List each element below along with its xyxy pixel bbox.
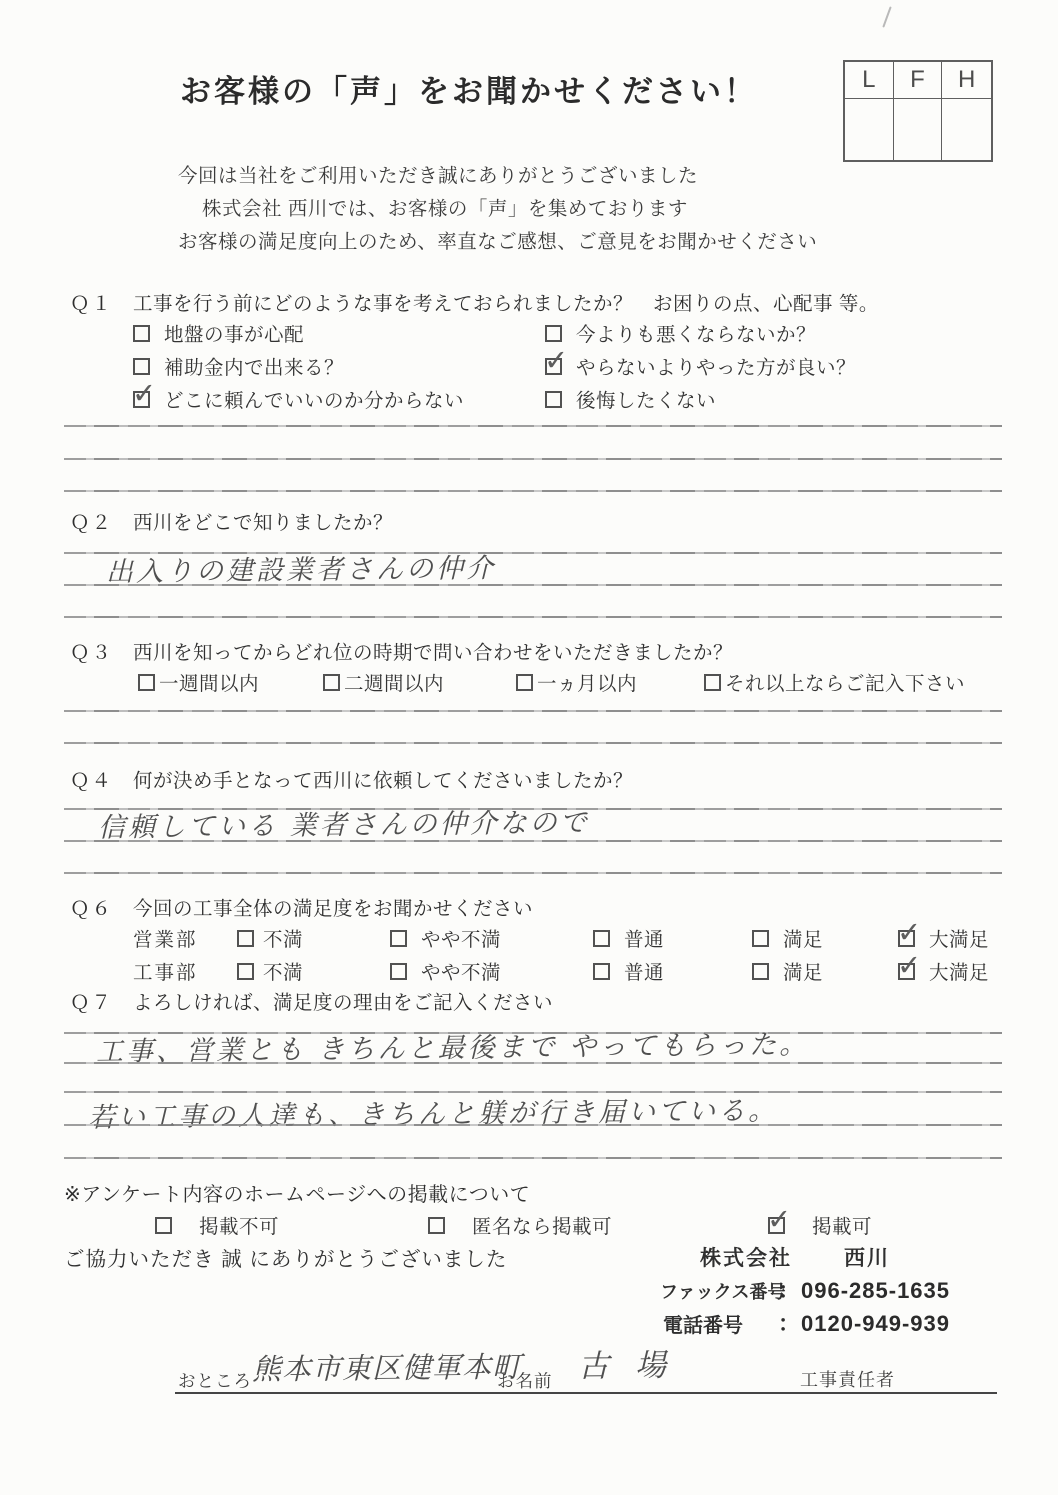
ruled-line (64, 742, 1002, 744)
office-use-cell-l (845, 99, 894, 160)
option-label: 大満足 (929, 957, 989, 985)
q6-sales-futsuu: 普通 (593, 924, 664, 952)
checkbox[interactable] (898, 930, 915, 947)
q6-text: 今回の工事全体の満足度をお聞かせください (133, 893, 533, 921)
q6-const-daimanzoku: 大満足 (898, 957, 989, 985)
name-label: お名前 (497, 1368, 553, 1393)
checkbox[interactable] (155, 1217, 172, 1234)
intro-paragraph: 今回は当社をご利用いただき誠にありがとうございました 株式会社 西川では、お客様… (178, 160, 817, 259)
office-use-box: L F H (843, 60, 993, 162)
option-label: 二週間以内 (344, 668, 444, 696)
q3-option-1month: 一ヵ月以内 (516, 668, 637, 696)
publication-option-no: 掲載不可 (155, 1211, 279, 1239)
company-suffix: 西川 (844, 1242, 890, 1272)
checkbox[interactable] (545, 358, 562, 375)
q6-const-yayafuman: やや不満 (390, 957, 501, 985)
option-label: 大満足 (929, 924, 989, 952)
intro-line-2: 株式会社 西川では、お客様の「声」を集めております (178, 193, 817, 226)
option-label: 一週間以内 (159, 668, 259, 696)
q1-text: 工事を行う前にどのような事を考えておられましたか？ お困りの点、心配事 等。 (133, 288, 879, 316)
q3-option-2weeks: 二週間以内 (323, 668, 444, 696)
option-label: やや不満 (421, 924, 501, 952)
ruled-line (64, 425, 1002, 427)
checkbox[interactable] (898, 963, 915, 980)
office-use-header-l: L (845, 62, 894, 99)
q6-heading: Ｑ６ 今回の工事全体の満足度をお聞かせください (70, 893, 533, 921)
q6-sales-manzoku: 満足 (752, 924, 823, 952)
publication-option-yes: 掲載可 (768, 1211, 872, 1239)
manager-label: 工事責任者 (800, 1366, 895, 1392)
ruled-line (64, 840, 1002, 842)
q4-number: Ｑ４ (70, 765, 133, 793)
checkbox[interactable] (138, 674, 155, 691)
page-title: お客様の「声」をお聞かせください！ (180, 66, 758, 111)
q7-heading: Ｑ７ よろしければ、満足度の理由をご記入ください (70, 987, 553, 1015)
option-label: 普通 (624, 924, 664, 952)
q1-option-waruku: 今よりも悪くならないか？ (545, 319, 816, 347)
checkbox[interactable] (237, 930, 254, 947)
tel-number: ：0120-949-939 (778, 1307, 950, 1338)
option-label: やや不満 (421, 957, 501, 985)
q6-const-fuman: 不満 (237, 957, 303, 985)
q3-text: 西川を知ってからどれ位の時期で問い合わせをいただきましたか？ (133, 637, 733, 665)
office-use-header-h: H (942, 62, 991, 99)
q3-heading: Ｑ３ 西川を知ってからどれ位の時期で問い合わせをいただきましたか？ (70, 637, 733, 665)
q6-const-futsuu: 普通 (593, 957, 664, 985)
thanks-message: ご協力いただき 誠 にありがとうございました (64, 1242, 507, 1272)
q6-dept-construction: 工事部 (133, 957, 198, 985)
address-handwriting: 熊本市東区健軍本町 (252, 1345, 522, 1389)
signature-underline (175, 1392, 997, 1394)
option-label: 満足 (783, 924, 823, 952)
intro-line-3: お客様の満足度向上のため、率直なご感想、ご意見をお聞かせください (178, 226, 817, 259)
q6-number: Ｑ６ (70, 893, 133, 921)
checkbox[interactable] (428, 1217, 445, 1234)
q7-number: Ｑ７ (70, 987, 133, 1015)
checkbox[interactable] (390, 963, 407, 980)
name-handwriting: 古場 (578, 1339, 692, 1385)
checkbox[interactable] (133, 325, 150, 342)
option-label: 不満 (263, 924, 303, 952)
q7-text: よろしければ、満足度の理由をご記入ください (133, 987, 553, 1015)
option-label: 地盤の事が心配 (164, 319, 304, 347)
option-label: 後悔したくない (576, 385, 716, 413)
checkbox[interactable] (237, 963, 254, 980)
option-label: 一ヵ月以内 (537, 668, 637, 696)
fax-number: ：096-285-1635 (778, 1274, 950, 1305)
q4-answer-handwriting: 信頼している 業者さんの仲介なので (98, 800, 590, 844)
option-label: 掲載不可 (199, 1211, 279, 1239)
q3-option-more: それ以上ならご記入下さい (704, 668, 965, 696)
q1-option-hojokin: 補助金内で出来る？ (133, 352, 344, 380)
checkbox[interactable] (593, 963, 610, 980)
q4-heading: Ｑ４ 何が決め手となって西川に依頼してくださいましたか？ (70, 765, 633, 793)
ruled-line (64, 458, 1002, 460)
option-label: 匿名なら掲載可 (472, 1211, 612, 1239)
tel-label: 電話番号 (663, 1309, 743, 1338)
option-label: 今よりも悪くならないか？ (576, 319, 816, 347)
checkbox[interactable] (133, 391, 150, 408)
q3-number: Ｑ３ (70, 637, 133, 665)
q2-heading: Ｑ２ 西川をどこで知りましたか？ (70, 507, 393, 535)
intro-line-1: 今回は当社をご利用いただき誠にありがとうございました (178, 160, 817, 193)
q3-option-1week: 一週間以内 (138, 668, 259, 696)
pen-mark (882, 6, 891, 27)
q7-answer-handwriting-2: 若い工事の人達も、きちんと躾が行き届いている。 (88, 1088, 778, 1134)
ruled-line (64, 584, 1002, 586)
address-label: おところ (178, 1368, 252, 1393)
q6-dept-sales: 営業部 (133, 924, 198, 952)
office-use-header-f: F (894, 62, 943, 99)
q1-option-koukai: 後悔したくない (545, 385, 716, 413)
q1-option-doko: どこに頼んでいいのか分からない (133, 385, 464, 413)
office-use-cell-f (894, 99, 943, 160)
checkbox[interactable] (390, 930, 407, 947)
checkbox[interactable] (752, 930, 769, 947)
q2-number: Ｑ２ (70, 507, 133, 535)
q2-text: 西川をどこで知りましたか？ (133, 507, 393, 535)
checkbox[interactable] (768, 1217, 785, 1234)
checkbox[interactable] (545, 325, 562, 342)
option-label: 普通 (624, 957, 664, 985)
q4-text: 何が決め手となって西川に依頼してくださいましたか？ (133, 765, 633, 793)
q1-number: Ｑ１ (70, 288, 133, 316)
fax-label: ファックス番号 (660, 1278, 785, 1304)
checkbox[interactable] (516, 674, 533, 691)
checkbox[interactable] (704, 674, 721, 691)
checkbox[interactable] (593, 930, 610, 947)
ruled-line (64, 1157, 1002, 1159)
survey-form-page: お客様の「声」をお聞かせください！ L F H 今回は当社をご利用いただき誠にあ… (0, 0, 1058, 1495)
checkbox[interactable] (133, 358, 150, 375)
option-label: 補助金内で出来る？ (164, 352, 344, 380)
ruled-line (64, 1124, 1002, 1126)
ruled-line (64, 616, 1002, 618)
q2-answer-handwriting: 出入りの建設業者さんの仲介 (106, 546, 496, 589)
q1-heading: Ｑ１ 工事を行う前にどのような事を考えておられましたか？ お困りの点、心配事 等… (70, 288, 879, 316)
publication-note: ※アンケート内容のホームページへの掲載について (64, 1178, 530, 1207)
option-label: やらないよりやった方が良い？ (576, 352, 856, 380)
ruled-line (64, 1062, 1002, 1064)
company-name: 株式会社 西川 (700, 1242, 890, 1272)
q6-sales-fuman: 不満 (237, 924, 303, 952)
option-label: それ以上ならご記入下さい (725, 668, 965, 696)
checkbox[interactable] (323, 674, 340, 691)
option-label: 掲載可 (812, 1211, 872, 1239)
q6-const-manzoku: 満足 (752, 957, 823, 985)
option-label: 満足 (783, 957, 823, 985)
company-prefix: 株式会社 (700, 1242, 792, 1272)
checkbox[interactable] (545, 391, 562, 408)
ruled-line (64, 872, 1002, 874)
option-label: どこに頼んでいいのか分からない (164, 385, 464, 413)
office-use-cell-h (942, 99, 991, 160)
q1-option-jiban: 地盤の事が心配 (133, 319, 304, 347)
ruled-line (64, 490, 1002, 492)
checkbox[interactable] (752, 963, 769, 980)
publication-option-anonymous: 匿名なら掲載可 (428, 1211, 612, 1239)
q1-option-yaranai: やらないよりやった方が良い？ (545, 352, 856, 380)
q6-sales-yayafuman: やや不満 (390, 924, 501, 952)
option-label: 不満 (263, 957, 303, 985)
ruled-line (64, 710, 1002, 712)
